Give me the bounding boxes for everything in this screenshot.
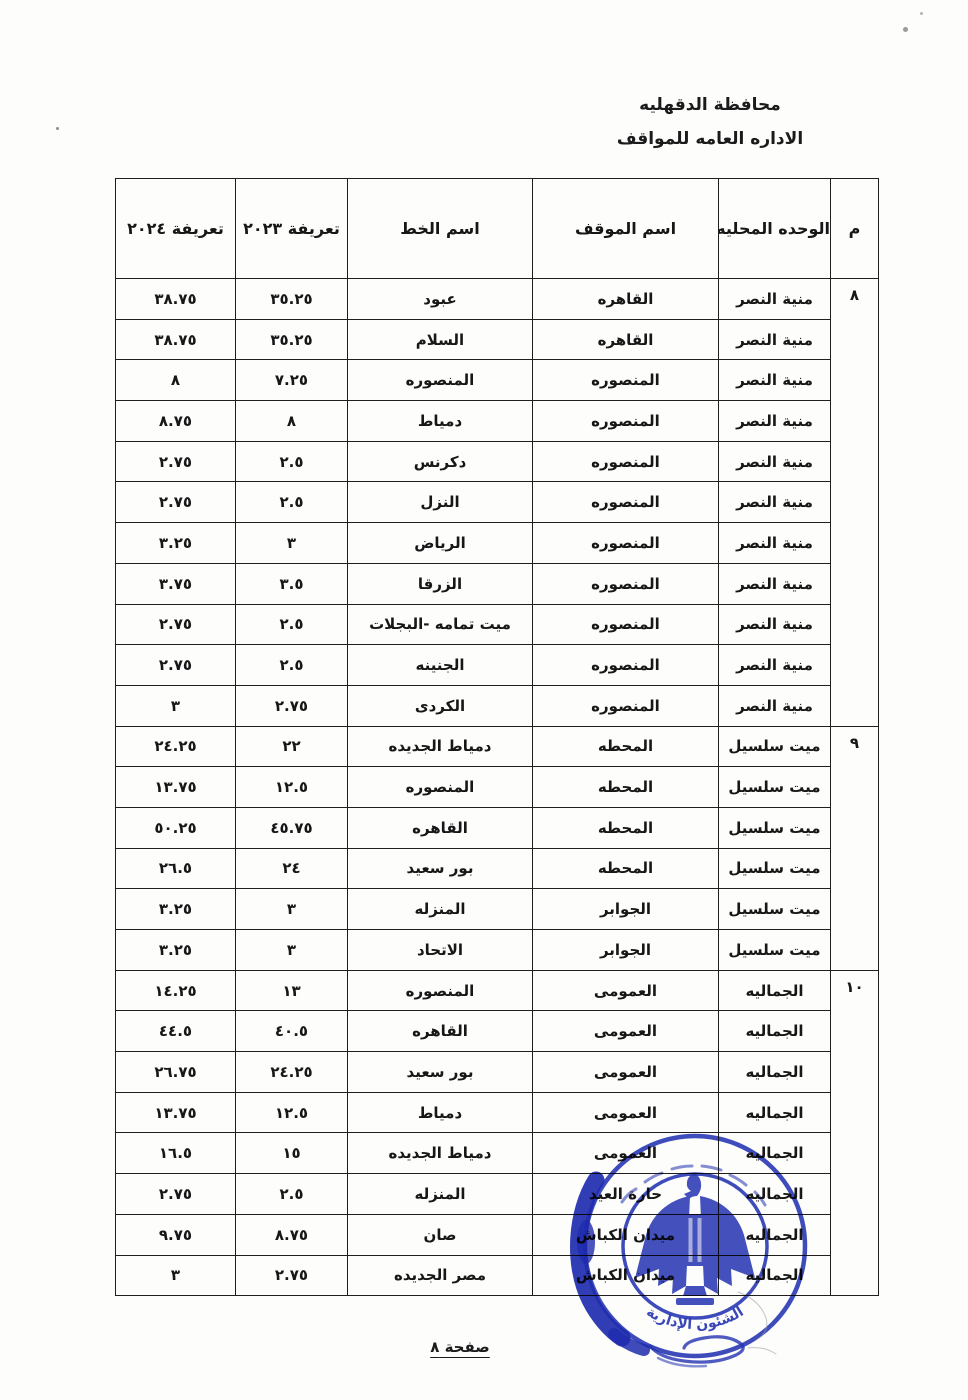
line-name-cell: الكردى [348,685,533,726]
unit-cell: منية النصر [719,360,831,401]
tariff-2024-cell: ٣٨.٧٥ [116,319,236,360]
scan-speck [903,27,908,32]
line-name-cell: دمياط الجديده [348,726,533,767]
table-row: ميت سلسيلالجوابرالاتحاد٣٣.٢٥ [116,930,879,971]
unit-cell: الجماليه [719,1214,831,1255]
tariff-2023-cell: ٢.٧٥ [236,1255,348,1296]
table-header-row: م الوحده المحليه اسم الموقف اسم الخط تعر… [116,179,879,279]
stop-name-cell: المنصوره [533,645,719,686]
table-row: منية النصرالمنصورهالزرقا٣.٥٣.٧٥ [116,563,879,604]
tariff-2023-cell: ١٢.٥ [236,1092,348,1133]
stop-name-cell: العمومى [533,1133,719,1174]
unit-cell: ميت سلسيل [719,889,831,930]
line-name-cell: صان [348,1214,533,1255]
line-name-cell: السلام [348,319,533,360]
stamp-text: الشئون الإدارية [643,1304,746,1333]
stop-name-cell: المنصوره [533,604,719,645]
table-row: ٩ميت سلسيلالمحطهدمياط الجديده٢٢٢٤.٢٥ [116,726,879,767]
scan-speck [56,127,59,130]
tariff-2023-cell: ١٢.٥ [236,767,348,808]
unit-cell: منية النصر [719,401,831,442]
table-row: منية النصرالمنصورهدمياط٨٨.٧٥ [116,401,879,442]
line-name-cell: الاتحاد [348,930,533,971]
tariff-2023-cell: ٤٠.٥ [236,1011,348,1052]
table-row: منية النصرالمنصورهالرياض٣٣.٢٥ [116,523,879,564]
unit-cell: ميت سلسيل [719,930,831,971]
faint-signature [738,1292,776,1354]
signature-scribble [650,1337,743,1367]
tariff-2023-cell: ٣٥.٢٥ [236,319,348,360]
line-name-cell: المنصوره [348,767,533,808]
tariff-2024-cell: ٢.٧٥ [116,645,236,686]
unit-cell: ميت سلسيل [719,807,831,848]
section-number-cell: ١٠ [831,970,879,1296]
tariff-2024-cell: ٣.٢٥ [116,930,236,971]
table-row: منية النصرالمنصورهالجنينه٢.٥٢.٧٥ [116,645,879,686]
governorate-title: محافظة الدقهليه [560,88,860,122]
unit-cell: الجماليه [719,1052,831,1093]
table-row: الجماليهميدان الكباشصان٨.٧٥٩.٧٥ [116,1214,879,1255]
header-unit: الوحده المحليه [719,179,831,279]
unit-cell: ميت سلسيل [719,848,831,889]
tariff-2024-cell: ٢٤.٢٥ [116,726,236,767]
table-row: الجماليهالعمومىدمياط الجديده١٥١٦.٥ [116,1133,879,1174]
table-row: ٨منية النصرالقاهرهعبود٣٥.٢٥٣٨.٧٥ [116,279,879,320]
unit-cell: منية النصر [719,604,831,645]
table-row: الجماليهالعمومىبور سعيد٢٤.٢٥٢٦.٧٥ [116,1052,879,1093]
unit-cell: منية النصر [719,441,831,482]
tariff-2023-cell: ٢.٥ [236,604,348,645]
tariff-2024-cell: ١٤.٢٥ [116,970,236,1011]
stop-name-cell: الجوابر [533,930,719,971]
unit-cell: الجماليه [719,1174,831,1215]
table-row: منية النصرالمنصورهميت تمامه -البجلات٢.٥٢… [116,604,879,645]
tariff-2023-cell: ٣ [236,523,348,564]
unit-cell: منية النصر [719,645,831,686]
stop-name-cell: المحطه [533,848,719,889]
line-name-cell: المنصوره [348,970,533,1011]
table-row: منية النصرالمنصورهدكرنس٢.٥٢.٧٥ [116,441,879,482]
tariff-2023-cell: ٢.٥ [236,645,348,686]
table-row: الجماليهحارة العيدالمنزله٢.٥٢.٧٥ [116,1174,879,1215]
stop-name-cell: المنصوره [533,441,719,482]
line-name-cell: القاهره [348,807,533,848]
stop-name-cell: العمومى [533,1092,719,1133]
tariff-2023-cell: ٨.٧٥ [236,1214,348,1255]
tariff-2023-cell: ١٥ [236,1133,348,1174]
unit-cell: الجماليه [719,1255,831,1296]
unit-cell: منية النصر [719,523,831,564]
section-number-cell: ٨ [831,279,879,727]
stop-name-cell: المنصوره [533,360,719,401]
stop-name-cell: المنصوره [533,563,719,604]
stop-name-cell: القاهره [533,319,719,360]
stop-name-cell: المحطه [533,726,719,767]
line-name-cell: الزرقا [348,563,533,604]
table-body: ٨منية النصرالقاهرهعبود٣٥.٢٥٣٨.٧٥منية الن… [116,279,879,1296]
header-stop: اسم الموقف [533,179,719,279]
table-row: منية النصرالمنصورهالنزل٢.٥٢.٧٥ [116,482,879,523]
header-tariff-2023: تعريفة ٢٠٢٣ [236,179,348,279]
stop-name-cell: القاهره [533,279,719,320]
stop-name-cell: المحطه [533,767,719,808]
stop-name-cell: المنصوره [533,523,719,564]
table-row: الجماليهالعمومىالقاهره٤٠.٥٤٤.٥ [116,1011,879,1052]
tariff-2024-cell: ٣.٢٥ [116,523,236,564]
tariff-2024-cell: ٤٤.٥ [116,1011,236,1052]
tariff-2023-cell: ٢.٧٥ [236,685,348,726]
page-number: صفحة ٨ [395,1338,525,1356]
unit-cell: منية النصر [719,319,831,360]
line-name-cell: المنزله [348,1174,533,1215]
tariff-2023-cell: ٣٥.٢٥ [236,279,348,320]
tariff-2023-cell: ٣ [236,930,348,971]
line-name-cell: الجنينه [348,645,533,686]
document-header: محافظة الدقهليه الاداره العامه للمواقف [560,88,860,156]
tariff-2024-cell: ٥٠.٢٥ [116,807,236,848]
tariff-2023-cell: ٢.٥ [236,441,348,482]
stop-name-cell: الجوابر [533,889,719,930]
tariff-2024-cell: ٣.٢٥ [116,889,236,930]
line-name-cell: عبود [348,279,533,320]
stop-name-cell: حارة العيد [533,1174,719,1215]
tariff-2024-cell: ١٣.٧٥ [116,767,236,808]
tariff-2024-cell: ١٣.٧٥ [116,1092,236,1133]
line-name-cell: دمياط [348,1092,533,1133]
unit-cell: الجماليه [719,1011,831,1052]
unit-cell: ميت سلسيل [719,767,831,808]
unit-cell: منية النصر [719,563,831,604]
tariff-2023-cell: ١٣ [236,970,348,1011]
tariff-2024-cell: ٩.٧٥ [116,1214,236,1255]
table-row: منية النصرالقاهرهالسلام٣٥.٢٥٣٨.٧٥ [116,319,879,360]
header-tariff-2024: تعريفة ٢٠٢٤ [116,179,236,279]
section-number-cell: ٩ [831,726,879,970]
table-row: منية النصرالمنصورهالمنصوره٧.٢٥٨ [116,360,879,401]
tariff-2024-cell: ٣٨.٧٥ [116,279,236,320]
tariff-2024-cell: ٢.٧٥ [116,1174,236,1215]
line-name-cell: بور سعيد [348,1052,533,1093]
table-row: ميت سلسيلالمحطهبور سعيد٢٤٢٦.٥ [116,848,879,889]
tariff-2024-cell: ٨.٧٥ [116,401,236,442]
tariff-2024-cell: ٣.٧٥ [116,563,236,604]
line-name-cell: مصر الجديده [348,1255,533,1296]
table-row: ١٠الجماليهالعمومىالمنصوره١٣١٤.٢٥ [116,970,879,1011]
tariff-2023-cell: ٢.٥ [236,482,348,523]
line-name-cell: المنصوره [348,360,533,401]
tariff-2023-cell: ٢٢ [236,726,348,767]
tariff-2023-cell: ٢٤ [236,848,348,889]
line-name-cell: دكرنس [348,441,533,482]
tariff-2023-cell: ٢.٥ [236,1174,348,1215]
tariff-2023-cell: ٤٥.٧٥ [236,807,348,848]
administration-title: الاداره العامه للمواقف [560,122,860,156]
unit-cell: ميت سلسيل [719,726,831,767]
tariff-2024-cell: ٢.٧٥ [116,482,236,523]
tariff-2023-cell: ٨ [236,401,348,442]
header-line: اسم الخط [348,179,533,279]
tariff-2024-cell: ٢٦.٧٥ [116,1052,236,1093]
tariff-table: م الوحده المحليه اسم الموقف اسم الخط تعر… [115,178,879,1296]
stop-name-cell: العمومى [533,970,719,1011]
tariff-2024-cell: ٣ [116,685,236,726]
line-name-cell: ميت تمامه -البجلات [348,604,533,645]
line-name-cell: النزل [348,482,533,523]
header-num: م [831,179,879,279]
line-name-cell: القاهره [348,1011,533,1052]
scan-speck [920,12,923,15]
stop-name-cell: ميدان الكباش [533,1255,719,1296]
table-row: الجماليهميدان الكباشمصر الجديده٢.٧٥٣ [116,1255,879,1296]
table-row: ميت سلسيلالجوابرالمنزله٣٣.٢٥ [116,889,879,930]
stop-name-cell: ميدان الكباش [533,1214,719,1255]
line-name-cell: دمياط الجديده [348,1133,533,1174]
unit-cell: منية النصر [719,482,831,523]
tariff-2023-cell: ٣ [236,889,348,930]
tariff-2023-cell: ٣.٥ [236,563,348,604]
line-name-cell: المنزله [348,889,533,930]
stop-name-cell: المحطه [533,807,719,848]
tariff-2023-cell: ٧.٢٥ [236,360,348,401]
stop-name-cell: المنصوره [533,401,719,442]
line-name-cell: دمياط [348,401,533,442]
table-row: الجماليهالعمومىدمياط١٢.٥١٣.٧٥ [116,1092,879,1133]
tariff-2024-cell: ٣ [116,1255,236,1296]
line-name-cell: الرياض [348,523,533,564]
tariff-2024-cell: ٨ [116,360,236,401]
tariff-2024-cell: ١٦.٥ [116,1133,236,1174]
unit-cell: الجماليه [719,970,831,1011]
unit-cell: الجماليه [719,1092,831,1133]
table-row: ميت سلسيلالمحطهالمنصوره١٢.٥١٣.٧٥ [116,767,879,808]
tariff-2023-cell: ٢٤.٢٥ [236,1052,348,1093]
unit-cell: الجماليه [719,1133,831,1174]
stop-name-cell: العمومى [533,1011,719,1052]
table-row: ميت سلسيلالمحطهالقاهره٤٥.٧٥٥٠.٢٥ [116,807,879,848]
tariff-2024-cell: ٢.٧٥ [116,441,236,482]
tariff-2024-cell: ٢٦.٥ [116,848,236,889]
line-name-cell: بور سعيد [348,848,533,889]
table-row: منية النصرالمنصورهالكردى٢.٧٥٣ [116,685,879,726]
unit-cell: منية النصر [719,685,831,726]
stop-name-cell: المنصوره [533,482,719,523]
tariff-2024-cell: ٢.٧٥ [116,604,236,645]
unit-cell: منية النصر [719,279,831,320]
stop-name-cell: المنصوره [533,685,719,726]
stop-name-cell: العمومى [533,1052,719,1093]
